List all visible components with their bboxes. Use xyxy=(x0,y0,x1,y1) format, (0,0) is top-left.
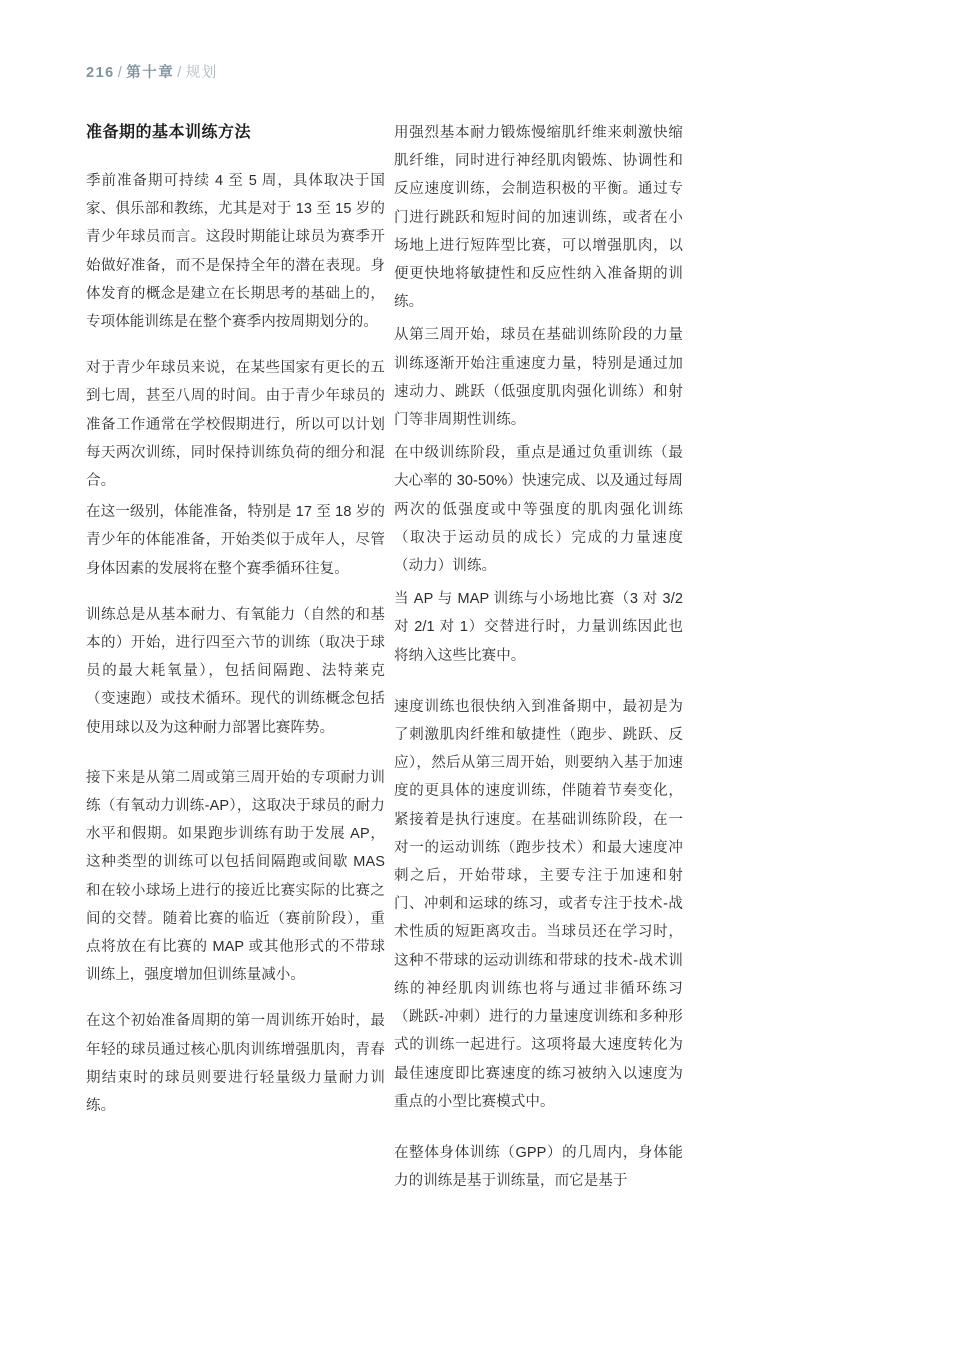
section-title: 准备期的基本训练方法 xyxy=(86,119,385,142)
paragraph-left-4: 训练总是从基本耐力、有氧能力（自然的和基本的）开始，进行四至六节的训练（取决于球… xyxy=(86,601,385,742)
document-page: 216/第十章/规划 准备期的基本训练方法 季前准备期可持续 4 至 5 周，具… xyxy=(0,0,959,1356)
paragraph-right-4: 当 AP 与 MAP 训练与小场地比赛（3 对 3/2 对 2/1 对 1）交替… xyxy=(394,585,683,670)
header-separator-2: / xyxy=(174,65,186,81)
paragraph-right-5: 速度训练也很快纳入到准备期中，最初是为了刺激肌肉纤维和敏捷性（跑步、跳跃、反应）… xyxy=(394,693,683,1116)
paragraph-right-6: 在整体身体训练（GPP）的几周内，身体能力的训练是基于训练量，而它是基于 xyxy=(394,1139,683,1195)
left-column: 准备期的基本训练方法 季前准备期可持续 4 至 5 周，具体取决于国家、俱乐部和… xyxy=(86,119,385,1195)
paragraph-right-2: 从第三周开始，球员在基础训练阶段的力量训练逐渐开始注重速度力量，特别是通过加速动… xyxy=(394,321,683,434)
paragraph-left-5: 接下来是从第二周或第三周开始的专项耐力训练（有氧动力训练-AP），这取决于球员的… xyxy=(86,764,385,990)
page-header: 216/第十章/规划 xyxy=(86,61,218,82)
paragraph-right-3: 在中级训练阶段，重点是通过负重训练（最大心率的 30-50%）快速完成、以及通过… xyxy=(394,439,683,580)
section-label: 规划 xyxy=(186,65,218,81)
two-column-layout: 准备期的基本训练方法 季前准备期可持续 4 至 5 周，具体取决于国家、俱乐部和… xyxy=(86,119,683,1195)
paragraph-left-2: 对于青少年球员来说，在某些国家有更长的五到七周，甚至八周的时间。由于青少年球员的… xyxy=(86,354,385,495)
paragraph-left-3: 在这一级别，体能准备，特别是 17 至 18 岁的青少年的体能准备，开始类似于成… xyxy=(86,498,385,583)
page-number: 216 xyxy=(86,65,115,81)
chapter-label: 第十章 xyxy=(126,65,174,81)
paragraph-left-6: 在这个初始准备周期的第一周训练开始时，最年轻的球员通过核心肌肉训练增强肌肉，青春… xyxy=(86,1007,385,1120)
paragraph-left-1: 季前准备期可持续 4 至 5 周，具体取决于国家、俱乐部和教练，尤其是对于 13… xyxy=(86,167,385,336)
header-separator-1: / xyxy=(115,65,127,81)
paragraph-right-1: 用强烈基本耐力锻炼慢缩肌纤维来刺激快缩肌纤维，同时进行神经肌肉锻炼、协调性和反应… xyxy=(394,119,683,316)
right-column: 用强烈基本耐力锻炼慢缩肌纤维来刺激快缩肌纤维，同时进行神经肌肉锻炼、协调性和反应… xyxy=(394,119,683,1195)
